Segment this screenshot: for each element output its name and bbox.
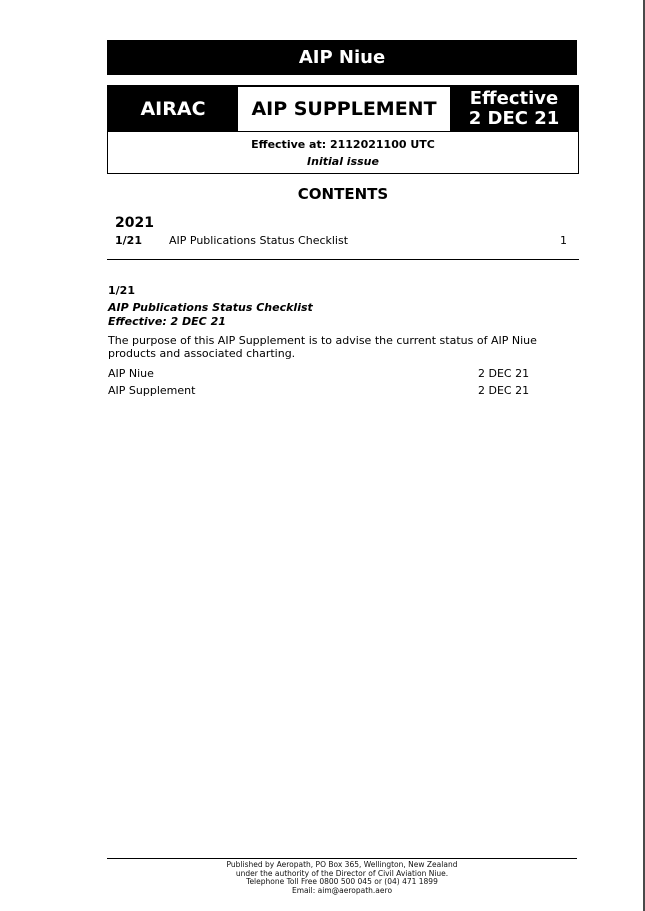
supplement-title-block: AIP Publications Status Checklist Effect… — [108, 301, 313, 329]
status-row: AIP Niue 2 DEC 21 — [108, 367, 538, 382]
contents-entry-number: 1/21 — [115, 234, 142, 247]
supplement-number: 1/21 — [108, 284, 135, 297]
supplement-title: AIP Publications Status Checklist — [108, 301, 313, 315]
effective-date: 2 DEC 21 — [469, 109, 560, 129]
footer-email[interactable]: Email: aim@aeropath.aero — [107, 887, 577, 896]
contents-entry[interactable]: 1/21 AIP Publications Status Checklist 1 — [115, 234, 567, 249]
document-title: AIP Niue — [107, 40, 577, 75]
header-row: AIRAC AIP SUPPLEMENT Effective 2 DEC 21 — [108, 86, 578, 132]
status-date: 2 DEC 21 — [478, 367, 529, 380]
effective-label: Effective — [470, 89, 558, 109]
footer-divider — [107, 858, 577, 859]
status-name: AIP Niue — [108, 367, 154, 380]
status-row: AIP Supplement 2 DEC 21 — [108, 384, 538, 399]
contents-entry-page: 1 — [560, 234, 567, 247]
contents-entry-title[interactable]: AIP Publications Status Checklist — [169, 234, 348, 247]
contents-divider — [107, 259, 579, 260]
status-date: 2 DEC 21 — [478, 384, 529, 397]
footer: Published by Aeropath, PO Box 365, Welli… — [107, 861, 577, 895]
supplement-effective: Effective: 2 DEC 21 — [108, 315, 313, 329]
airac-label: AIRAC — [108, 86, 238, 132]
supplement-header: AIRAC AIP SUPPLEMENT Effective 2 DEC 21 … — [107, 85, 579, 174]
contents-year: 2021 — [115, 215, 154, 231]
issue-text: Initial issue — [108, 154, 578, 170]
header-subinfo: Effective at: 2112021100 UTC Initial iss… — [108, 132, 578, 170]
contents-heading: CONTENTS — [107, 185, 579, 203]
effective-at-text: Effective at: 2112021100 UTC — [108, 136, 578, 154]
status-name: AIP Supplement — [108, 384, 195, 397]
supplement-label: AIP SUPPLEMENT — [238, 86, 450, 132]
supplement-body: The purpose of this AIP Supplement is to… — [108, 334, 578, 360]
effective-date-cell: Effective 2 DEC 21 — [450, 86, 578, 132]
